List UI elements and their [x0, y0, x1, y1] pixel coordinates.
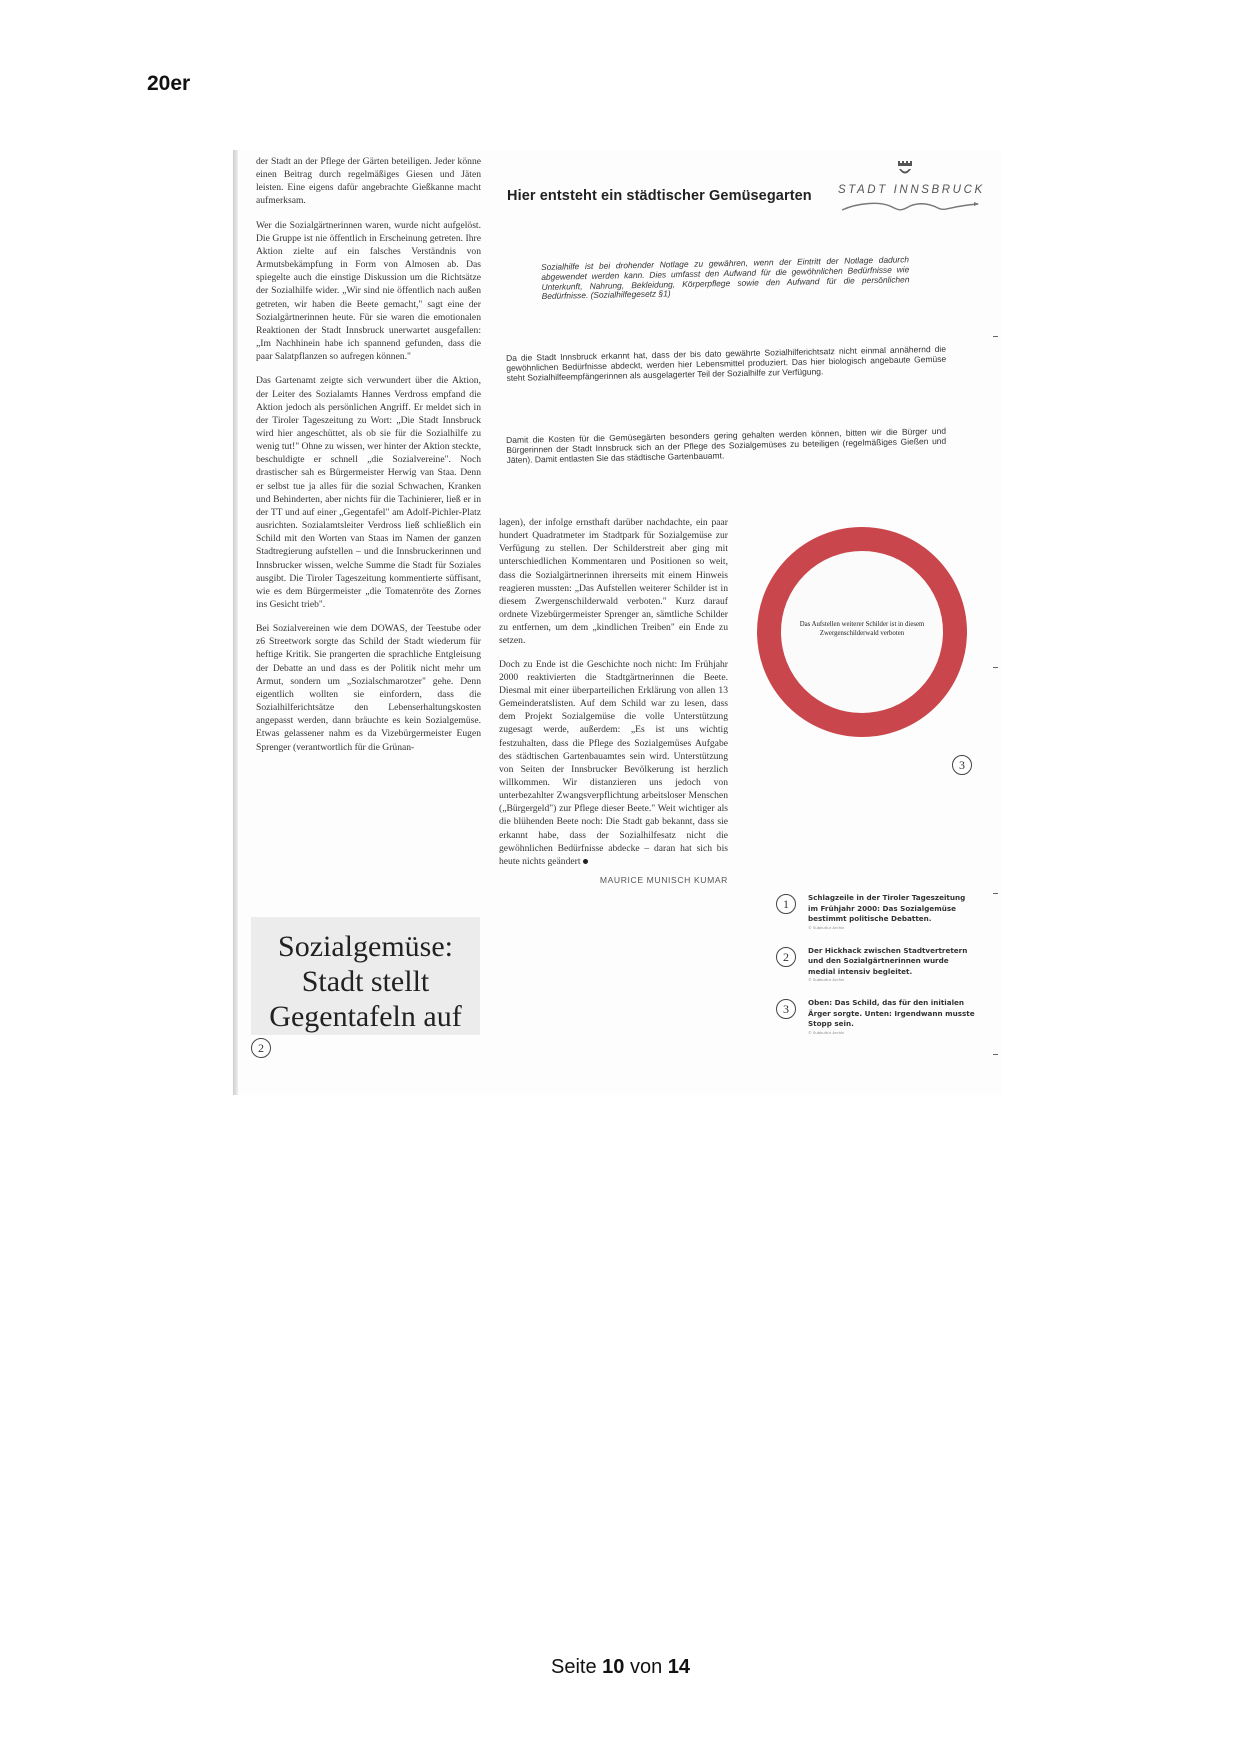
- no-entry-sign-image: Das Aufstellen weiterer Schilder ist in …: [757, 527, 967, 737]
- page-footer: Seite 10 von 14: [0, 1656, 1241, 1679]
- caption-credit: © Subkultur Archiv: [808, 1030, 976, 1036]
- headline-line: Sozialgemüse:: [251, 917, 480, 964]
- crop-mark: [993, 667, 998, 668]
- caption-text: Der Hickhack zwischen Stadtvertretern un…: [808, 946, 976, 978]
- figure-marker-3: 3: [952, 755, 972, 775]
- scan-binding-edge: [233, 150, 238, 1095]
- logo-swoosh-icon: [840, 198, 980, 214]
- newspaper-headline-clipping: Sozialgemüse: Stadt stellt Gegentafeln a…: [251, 917, 480, 1035]
- footer-prefix: Seite: [551, 1656, 597, 1678]
- headline-line: Stadt stellt: [251, 964, 480, 999]
- caption-item: 2 Der Hickhack zwischen Stadtvertretern …: [776, 946, 976, 984]
- crop-mark: [993, 1054, 998, 1055]
- article-paragraph-text: Doch zu Ende ist die Geschichte noch nic…: [499, 659, 728, 867]
- caption-credit: © Subkultur Archiv: [808, 925, 976, 931]
- caption-credit: © Subkultur Archiv: [808, 977, 976, 983]
- end-mark-icon: [583, 859, 588, 864]
- stadt-innsbruck-logo: STADT INNSBRUCK: [836, 160, 981, 220]
- footer-middle: von: [630, 1656, 662, 1678]
- crop-mark: [993, 893, 998, 894]
- sign-title: Hier entsteht ein städtischer Gemüsegart…: [507, 188, 812, 204]
- article-paragraph: lagen), der infolge ernsthaft darüber na…: [499, 516, 728, 648]
- sign-legal-quote: Sozialhilfe ist bei drohender Notlage zu…: [541, 255, 910, 302]
- caption-item: 3 Oben: Das Schild, das für den initiale…: [776, 998, 976, 1036]
- article-paragraph: der Stadt an der Pflege der Gärten betei…: [256, 155, 481, 208]
- caption-number: 2: [776, 947, 796, 967]
- caption-number: 3: [776, 999, 796, 1019]
- article-paragraph: Bei Sozialvereinen wie dem DOWAS, der Te…: [256, 622, 481, 754]
- article-left-column: der Stadt an der Pflege der Gärten betei…: [256, 155, 481, 765]
- document-label: 20er: [147, 72, 190, 96]
- headline-line: Gegentafeln auf: [251, 999, 480, 1034]
- city-crest-icon: [896, 160, 914, 178]
- caption-item: 1 Schlagzeile in der Tiroler Tageszeitun…: [776, 893, 976, 931]
- caption-text: Schlagzeile in der Tiroler Tageszeitung …: [808, 893, 976, 925]
- total-page-count: 14: [668, 1656, 690, 1678]
- crop-mark: [993, 336, 998, 337]
- caption-number: 1: [776, 894, 796, 914]
- article-middle-column: lagen), der infolge ernsthaft darüber na…: [499, 516, 728, 887]
- article-paragraph: Doch zu Ende ist die Geschichte noch nic…: [499, 658, 728, 869]
- caption-text: Oben: Das Schild, das für den initialen …: [808, 998, 976, 1030]
- logo-text: STADT INNSBRUCK: [838, 184, 985, 196]
- article-paragraph: Wer die Sozialgärtnerinnen waren, wurde …: [256, 219, 481, 364]
- no-entry-sign-text: Das Aufstellen weiterer Schilder ist in …: [781, 621, 943, 638]
- figure-captions: 1 Schlagzeile in der Tiroler Tageszeitun…: [776, 893, 976, 1051]
- figure-marker-2: 2: [251, 1038, 271, 1058]
- article-author: MAURICE MUNISCH KUMAR: [499, 874, 728, 887]
- article-paragraph: Das Gartenamt zeigte sich verwundert übe…: [256, 374, 481, 611]
- current-page-number: 10: [602, 1656, 624, 1678]
